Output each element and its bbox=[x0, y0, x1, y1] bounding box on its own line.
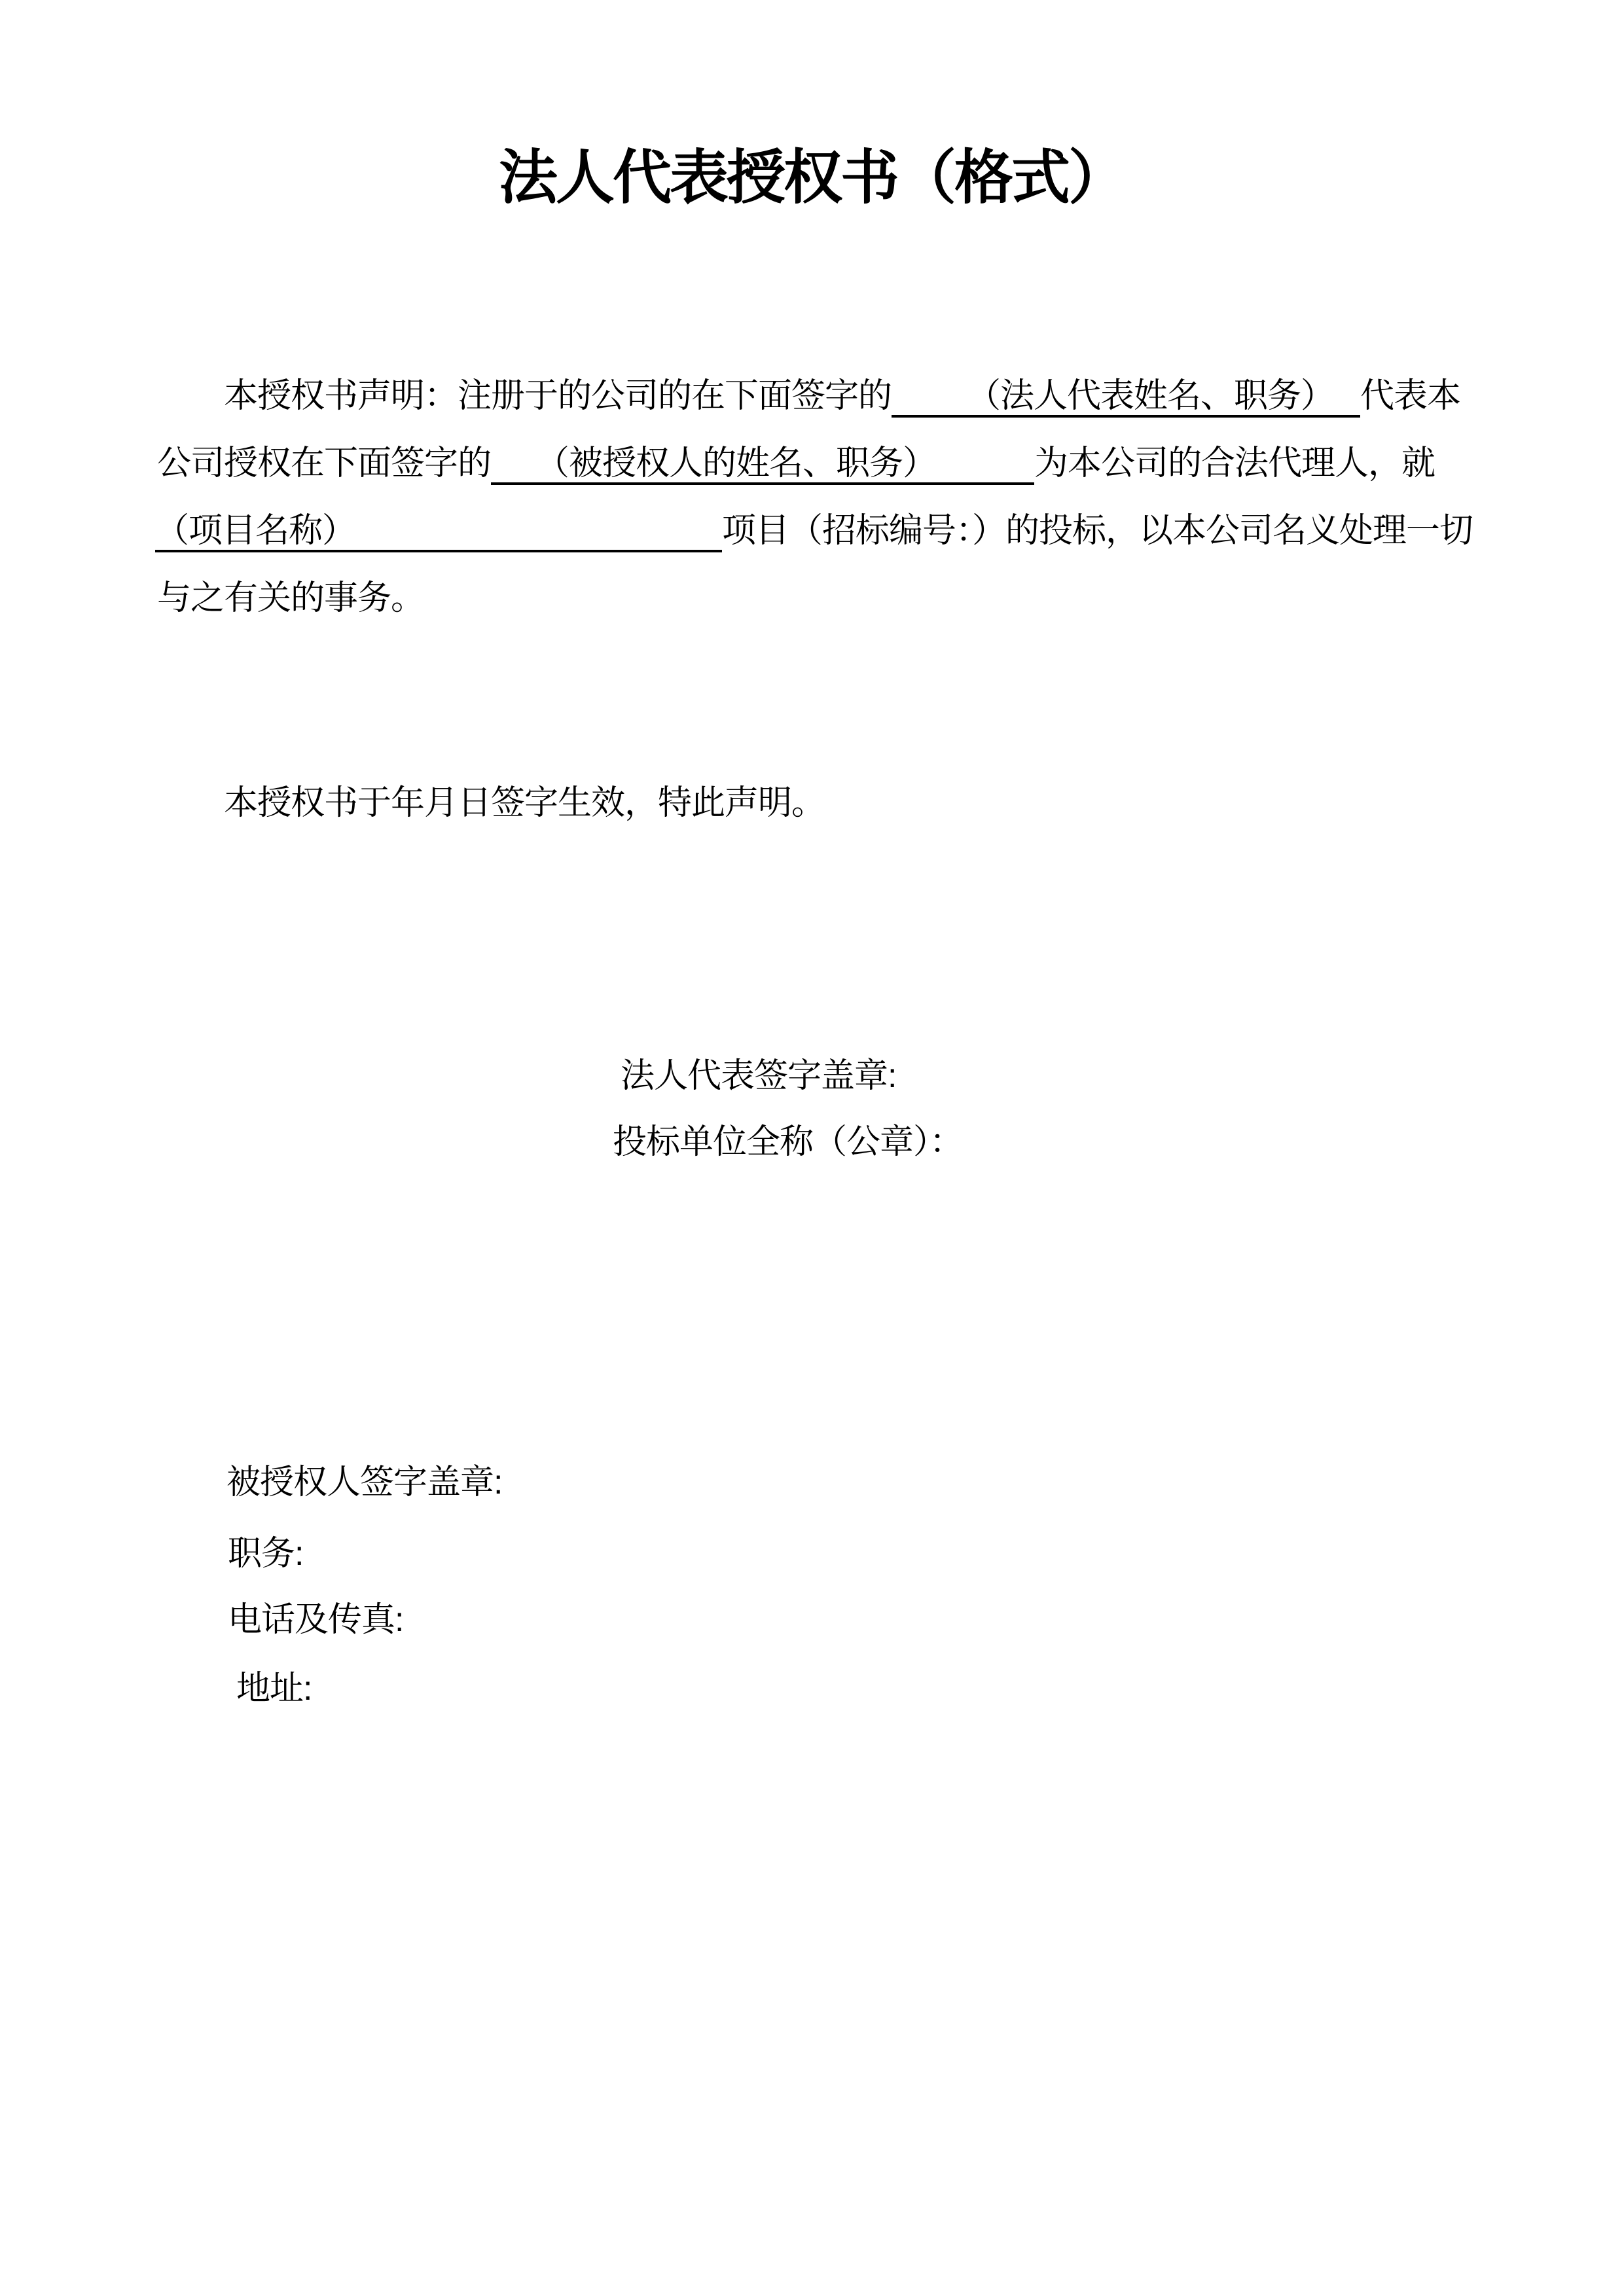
fill-in-blank-legal-rep: （法人代表姓名、职务） bbox=[892, 377, 1360, 418]
blank-legal-rep-hint: （法人代表姓名、职务） bbox=[967, 377, 1334, 415]
body-line1-tail: 代表本 bbox=[1360, 377, 1460, 415]
address-label: 地址: bbox=[236, 1668, 312, 1709]
body-line-1: 本授权书声明：注册于的公司的在下面签字的（法人代表姓名、职务）代表本 bbox=[157, 376, 1460, 416]
bidder-full-name-label: 投标单位全称（公章）： bbox=[613, 1122, 963, 1162]
document-page: 法人代表授权书（格式） 本授权书声明：注册于的公司的在下面签字的（法人代表姓名、… bbox=[0, 0, 1624, 2296]
effective-date-line: 本授权书于年月日签字生效，特此声明。 bbox=[157, 783, 825, 823]
body-line-4: 与之有关的事务。 bbox=[157, 578, 424, 619]
page-title: 法人代表授权书（格式） bbox=[0, 143, 1624, 213]
body-line2-tail: 为本公司的合法代理人，就 bbox=[1034, 444, 1435, 482]
effective-date-text: 本授权书于年月日签字生效，特此声明。 bbox=[224, 784, 825, 822]
position-label: 职务: bbox=[228, 1534, 303, 1574]
authorized-signature-label: 被授权人签字盖章: bbox=[226, 1462, 502, 1503]
fill-in-blank-project-name: （项目名称） bbox=[155, 512, 722, 552]
blank-gap bbox=[1334, 406, 1360, 407]
body-line2-text: 公司授权在下面签字的 bbox=[157, 444, 491, 482]
blank-project-name-hint: （项目名称） bbox=[155, 512, 355, 550]
body-line-2: 公司授权在下面签字的（被授权人的姓名、职务）为本公司的合法代理人，就 bbox=[157, 443, 1435, 484]
blank-authorized-person-hint: （被授权人的姓名、职务） bbox=[535, 444, 936, 482]
blank-gap bbox=[491, 474, 535, 475]
first-line-indent bbox=[157, 406, 224, 407]
blank-gap bbox=[892, 406, 967, 407]
blank-gap bbox=[936, 474, 1034, 475]
phone-fax-label: 电话及传真: bbox=[228, 1600, 403, 1640]
fill-in-blank-authorized-person: （被授权人的姓名、职务） bbox=[491, 444, 1034, 485]
legal-rep-signature-label: 法人代表签字盖章: bbox=[621, 1056, 896, 1096]
blank-gap bbox=[355, 541, 722, 542]
body-line3-tail: 项目（招标编号：）的投标，以本公司名义处理一切 bbox=[722, 512, 1473, 550]
first-line-indent bbox=[157, 814, 224, 814]
body-line1-text: 本授权书声明：注册于的公司的在下面签字的 bbox=[224, 377, 892, 415]
body-line-3: （项目名称）项目（招标编号：）的投标，以本公司名义处理一切 bbox=[155, 511, 1473, 551]
